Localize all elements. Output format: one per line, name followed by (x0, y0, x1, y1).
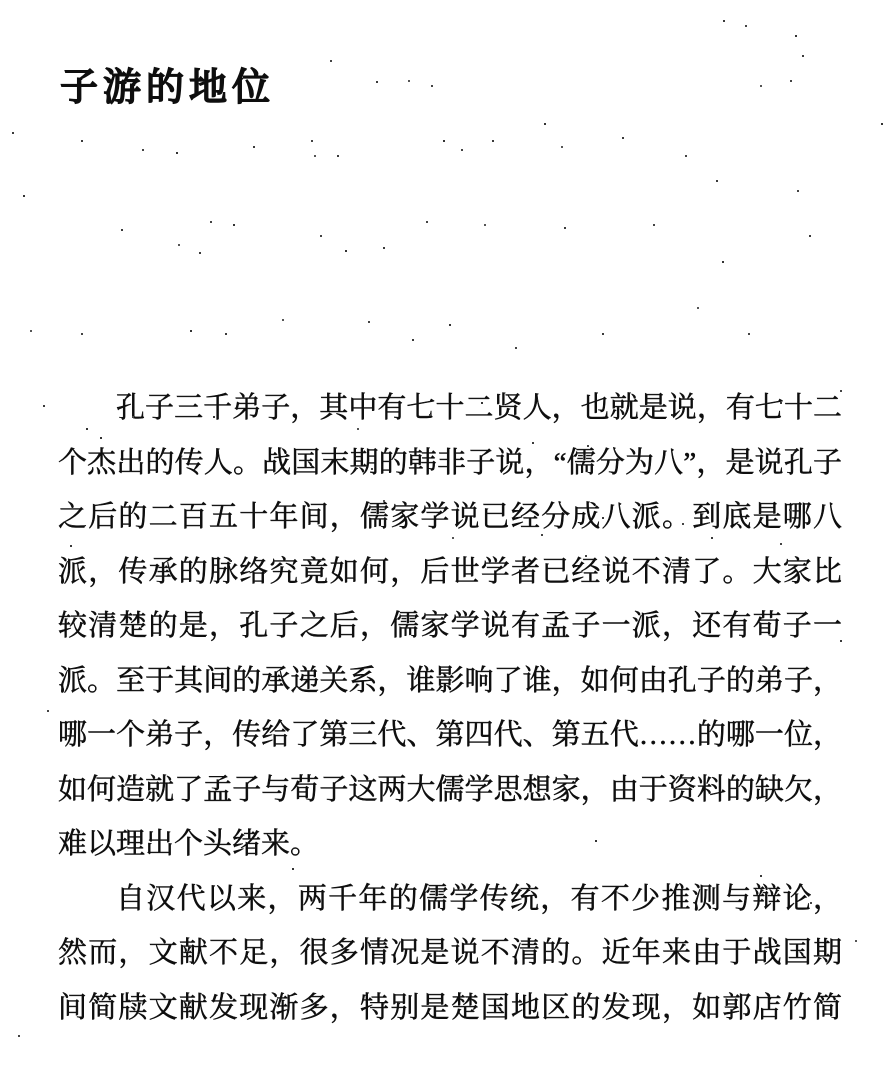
body-text: 孔子三千弟子，其中有七十二贤人，也就是说，有七十二 个杰出的传人。战国末期的韩非… (58, 381, 842, 1035)
text-line: 较清楚的是，孔子之后，儒家学说有孟子一派，还有荀子一 (58, 599, 842, 654)
text-line: 派。至于其间的承递关系，谁影响了谁，如何由孔子的弟子， (58, 654, 842, 709)
scan-noise-specks (0, 0, 2, 2)
text-line: 哪一个弟子，传给了第三代、第四代、第五代……的哪一位， (58, 708, 842, 763)
text-line: 间简牍文献发现渐多，特别是楚国地区的发现，如郭店竹简 (58, 981, 842, 1036)
page-title: 子游的地位 (60, 56, 275, 111)
text-line: 之后的二百五十年间，儒家学说已经分成八派。到底是哪八 (58, 490, 842, 545)
scanned-book-page: 子游的地位 孔子三千弟子，其中有七十二贤人，也就是说，有七十二 个杰出的传人。战… (0, 0, 891, 1074)
text-line: 如何造就了孟子与荀子这两大儒学思想家，由于资料的缺欠， (58, 763, 842, 818)
text-line: 派，传承的脉络究竟如何，后世学者已经说不清了。大家比 (58, 545, 842, 600)
text-line: 个杰出的传人。战国末期的韩非子说，“儒分为八”，是说孔子 (58, 436, 842, 491)
text-line: 难以理出个头绪来。 (58, 817, 842, 872)
text-line: 然而，文献不足，很多情况是说不清的。近年来由于战国期 (58, 926, 842, 981)
text-line: 孔子三千弟子，其中有七十二贤人，也就是说，有七十二 (58, 381, 842, 436)
text-line: 自汉代以来，两千年的儒学传统，有不少推测与辩论， (58, 872, 842, 927)
